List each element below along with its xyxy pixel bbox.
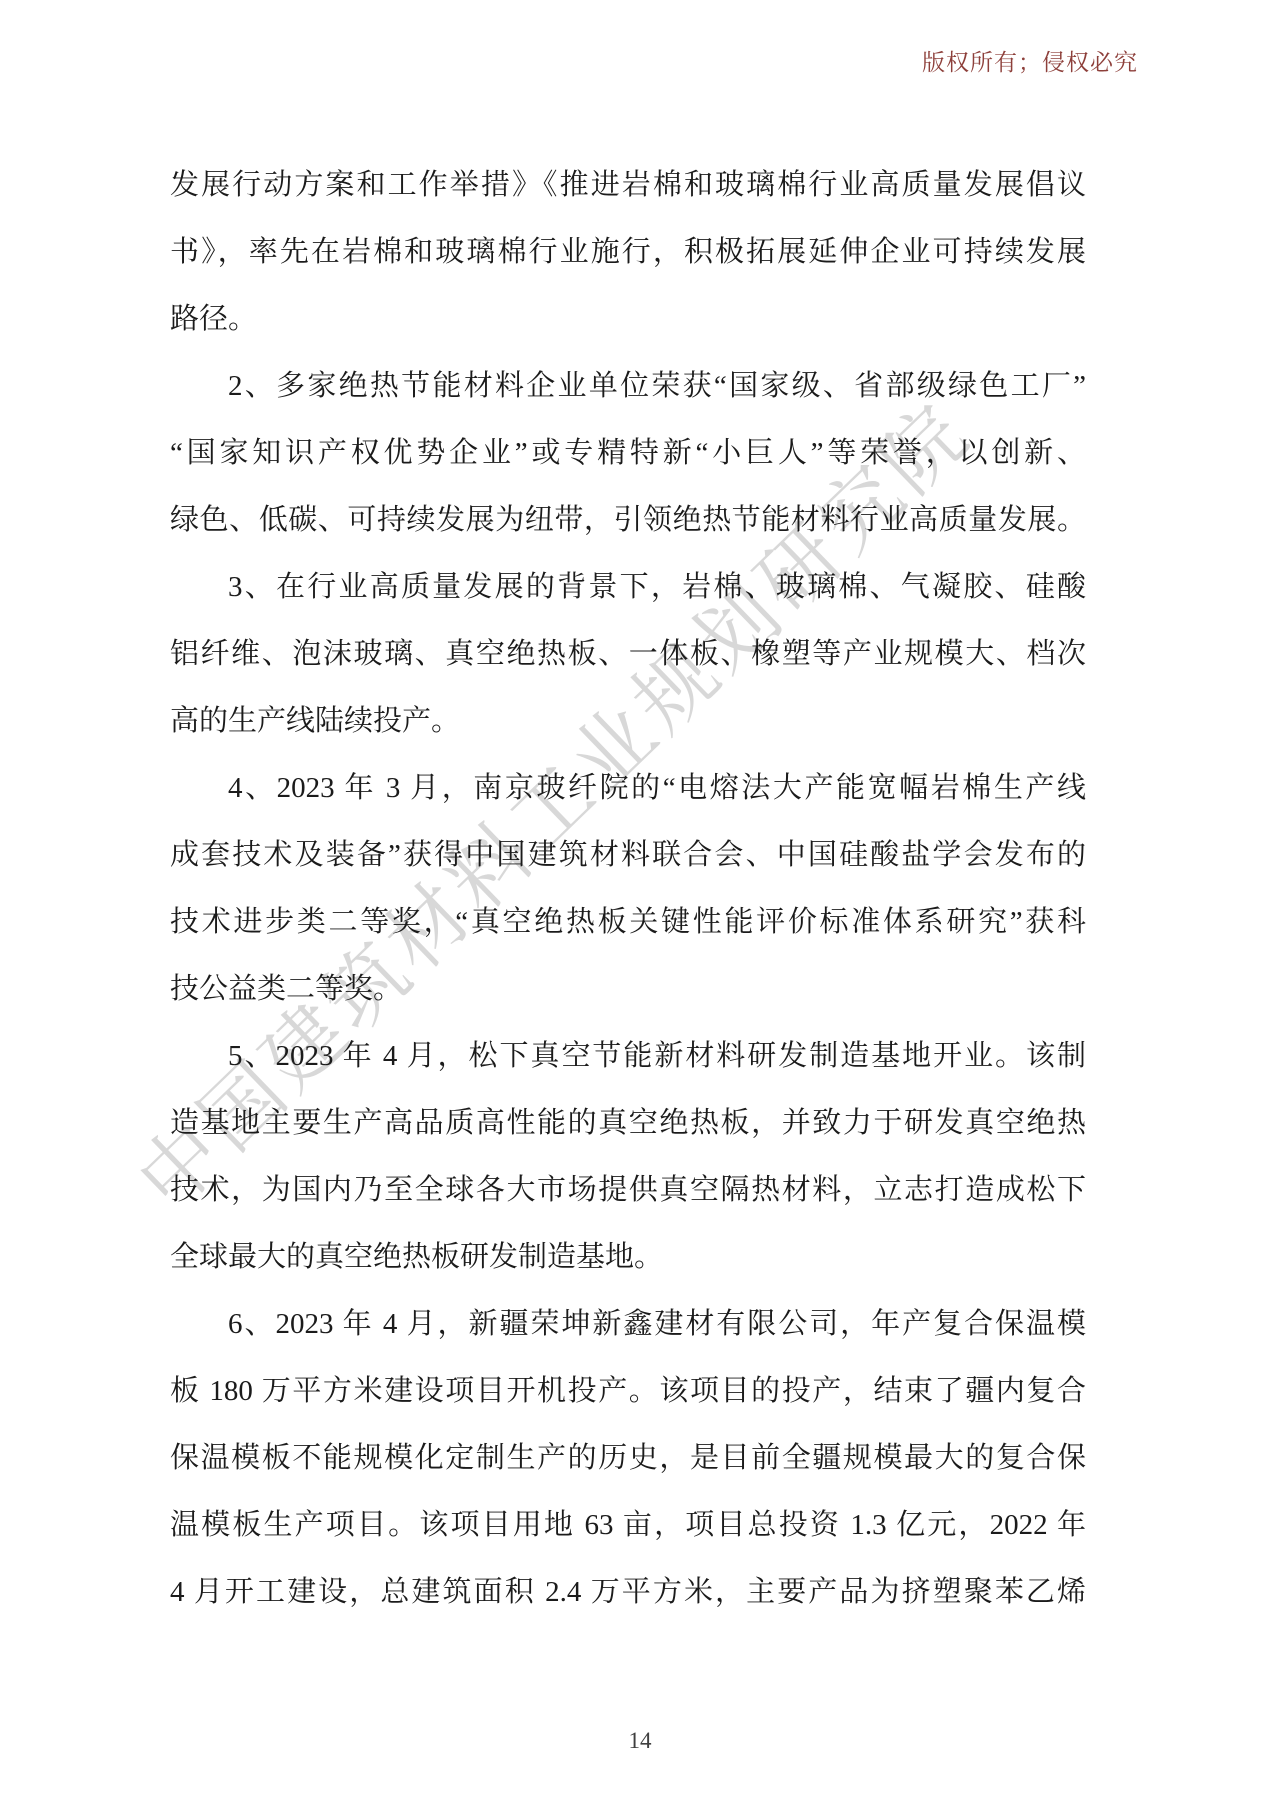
page-number: 14 [0,1728,1280,1754]
body-line: 路径。 [170,286,1086,353]
body-line: 3、在行业高质量发展的背景下，岩棉、玻璃棉、气凝胶、硅酸 [170,554,1086,621]
body-line: 板 180 万平方米建设项目开机投产。该项目的投产，结束了疆内复合 [170,1358,1086,1425]
body-line: 全球最大的真空绝热板研发制造基地。 [170,1224,1086,1291]
body-line: 技术，为国内乃至全球各大市场提供真空隔热材料，立志打造成松下 [170,1157,1086,1224]
body-line: “国家知识产权优势企业”或专精特新“小巨人”等荣誉，以创新、 [170,420,1086,487]
body-line: 温模板生产项目。该项目用地 63 亩，项目总投资 1.3 亿元，2022 年 [170,1492,1086,1559]
body-line: 6、2023 年 4 月，新疆荣坤新鑫建材有限公司，年产复合保温模 [170,1291,1086,1358]
body-line: 成套技术及装备”获得中国建筑材料联合会、中国硅酸盐学会发布的 [170,822,1086,889]
body-line: 4、2023 年 3 月，南京玻纤院的“电熔法大产能宽幅岩棉生产线 [170,755,1086,822]
body-line: 2、多家绝热节能材料企业单位荣获“国家级、省部级绿色工厂” [170,353,1086,420]
body-line: 技术进步类二等奖，“真空绝热板关键性能评价标准体系研究”获科 [170,889,1086,956]
body-line: 技公益类二等奖。 [170,956,1086,1023]
copyright-notice: 版权所有；侵权必究 [922,44,1138,77]
document-body: 发展行动方案和工作举措》《推进岩棉和玻璃棉行业高质量发展倡议 书》，率先在岩棉和… [170,152,1086,1626]
body-line: 高的生产线陆续投产。 [170,688,1086,755]
body-line: 保温模板不能规模化定制生产的历史，是目前全疆规模最大的复合保 [170,1425,1086,1492]
body-line: 4 月开工建设，总建筑面积 2.4 万平方米，主要产品为挤塑聚苯乙烯 [170,1559,1086,1626]
document-page: 版权所有；侵权必究 中国建筑材料工业规划研究院 发展行动方案和工作举措》《推进岩… [0,0,1280,1810]
body-line: 书》，率先在岩棉和玻璃棉行业施行，积极拓展延伸企业可持续发展 [170,219,1086,286]
body-line: 造基地主要生产高品质高性能的真空绝热板，并致力于研发真空绝热 [170,1090,1086,1157]
body-line: 绿色、低碳、可持续发展为纽带，引领绝热节能材料行业高质量发展。 [170,487,1086,554]
body-line: 发展行动方案和工作举措》《推进岩棉和玻璃棉行业高质量发展倡议 [170,152,1086,219]
body-line: 铝纤维、泡沫玻璃、真空绝热板、一体板、橡塑等产业规模大、档次 [170,621,1086,688]
body-line: 5、2023 年 4 月，松下真空节能新材料研发制造基地开业。该制 [170,1023,1086,1090]
